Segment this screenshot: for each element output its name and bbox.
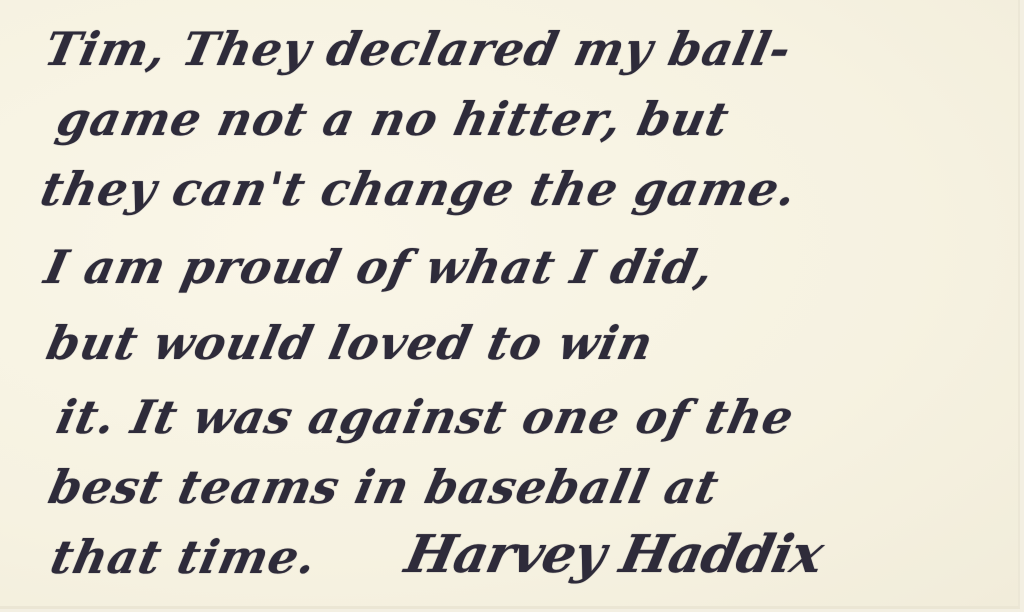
note-line-6: it. It was against one of the <box>52 390 799 444</box>
handwritten-note: Tim, They declared my ball- game not a n… <box>0 0 1024 612</box>
note-line-3: they can't change the game. <box>36 162 802 216</box>
note-card: Tim, They declared my ball- game not a n… <box>0 0 1020 609</box>
note-line-1: Tim, They declared my ball- <box>40 22 796 76</box>
signature: Harvey Haddix <box>400 524 828 585</box>
note-line-2: game not a no hitter, but <box>52 92 734 146</box>
note-line-8: that time. <box>46 530 322 584</box>
note-line-5: but would loved to win <box>42 316 659 370</box>
note-line-7: best teams in baseball at <box>44 460 724 514</box>
note-line-4: I am proud of what I did, <box>40 240 719 294</box>
